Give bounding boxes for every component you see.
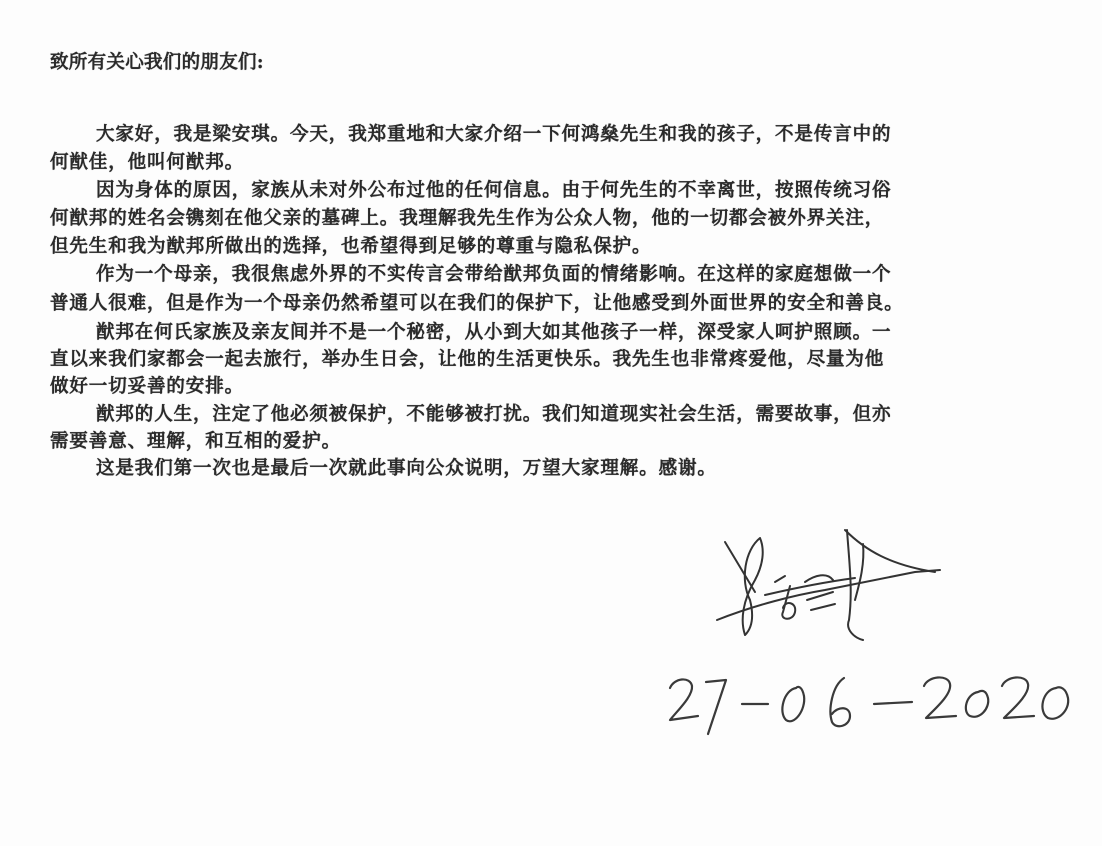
paragraph-3-line-2: 普通人很难，但是作为一个母亲仍然希望可以在我们的保护下，让他感受到外面世界的安全… — [50, 289, 904, 315]
paragraph-1-line-1: 大家好，我是梁安琪。今天，我郑重地和大家介绍一下何鸿燊先生和我的孩子，不是传言中… — [96, 120, 891, 146]
handwritten-signature — [715, 520, 975, 650]
letter-page: 致所有关心我们的朋友们: 大家好，我是梁安琪。今天，我郑重地和大家介绍一下何鸿燊… — [0, 0, 1102, 846]
paragraph-2-line-1: 因为身体的原因，家族从未对外公布过他的任何信息。由于何先生的不幸离世，按照传统习… — [96, 176, 891, 202]
paragraph-5-line-2: 需要善意、理解，和互相的爱护。 — [50, 427, 341, 453]
handwritten-date — [660, 660, 1080, 740]
paragraph-3-line-1: 作为一个母亲，我很焦虑外界的不实传言会带给猷邦负面的情绪影响。在这样的家庭想做一… — [96, 260, 891, 286]
paragraph-6-line-1: 这是我们第一次也是最后一次就此事向公众说明，万望大家理解。感谢。 — [96, 454, 717, 480]
paragraph-1-line-2: 何猷佳，他叫何猷邦。 — [50, 148, 244, 174]
paragraph-4-line-3: 做好一切妥善的安排。 — [50, 372, 244, 398]
paragraph-4-line-2: 直以来我们家都会一起去旅行，举办生日会，让他的生活更快乐。我先生也非常疼爱他，尽… — [50, 345, 884, 371]
paragraph-2-line-3: 但先生和我为猷邦所做出的选择，也希望得到足够的尊重与隐私保护。 — [50, 232, 651, 258]
letter-greeting: 致所有关心我们的朋友们: — [50, 48, 264, 74]
paragraph-5-line-1: 猷邦的人生，注定了他必须被保护，不能够被打扰。我们知道现实社会生活，需要故事，但… — [96, 400, 891, 426]
paragraph-2-line-2: 何猷邦的姓名会镌刻在他父亲的墓碑上。我理解我先生作为公众人物，他的一切都会被外界… — [50, 204, 884, 230]
paragraph-4-line-1: 猷邦在何氏家族及亲友间并不是一个秘密，从小到大如其他孩子一样，深受家人呵护照顾。… — [96, 318, 891, 344]
